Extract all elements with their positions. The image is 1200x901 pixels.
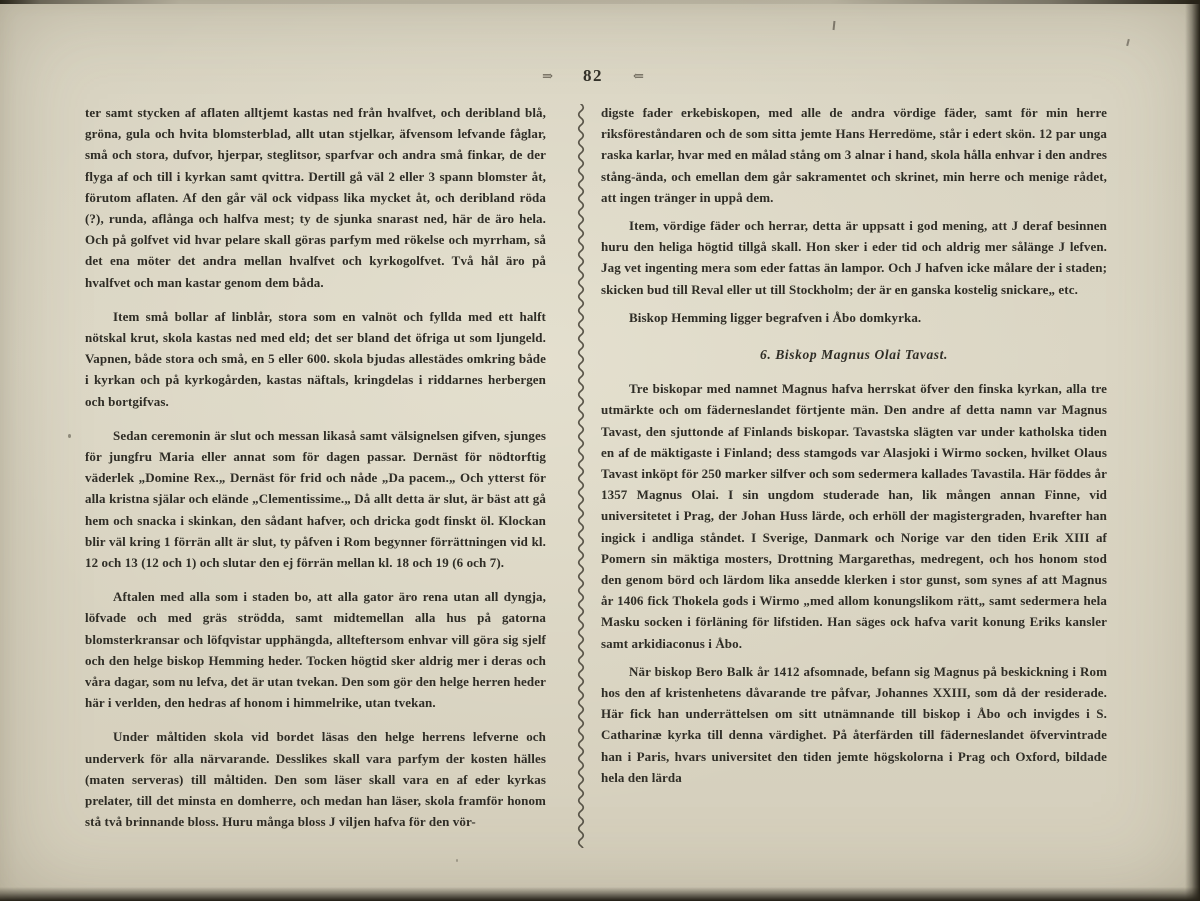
paragraph: När biskop Bero Balk år 1412 afsomnade, … [601,661,1107,788]
left-column: ter samt stycken af aflaten alltjemt kas… [85,102,546,846]
column-divider [575,104,587,848]
paragraph: Tre biskopar med namnet Magnus hafva her… [601,378,1107,654]
scan-edge-top [0,0,1200,4]
scan-speck [1126,39,1130,46]
scan-speck [68,434,71,438]
scan-edge-bottom [0,887,1200,901]
scan-speck [456,859,458,862]
paragraph: Biskop Hemming ligger begrafven i Åbo do… [601,307,1107,328]
paragraph: Item, vördige fäder och herrar, detta är… [601,215,1107,300]
paragraph: ter samt stycken af aflaten alltjemt kas… [85,102,546,293]
scan-edge-right [1185,0,1200,901]
right-column: digste fader erkebiskopen, med alle de a… [601,102,1107,795]
paragraph: digste fader erkebiskopen, med alle de a… [601,102,1107,208]
header-ornament-left-icon: ⇛ [542,69,553,83]
paragraph: Under måltiden skola vid bordet läsas de… [85,726,546,832]
paragraph: Sedan ceremonin är slut och messan likas… [85,425,546,573]
header-ornament-right-icon: ⇚ [633,69,644,83]
book-page: ⇛ 82 ⇚ ter samt stycken af aflaten alltj… [0,0,1200,901]
paragraph: Aftalen med alla som i staden bo, att al… [85,586,546,713]
paragraph: Item små bollar af linblår, stora som en… [85,306,546,412]
page-number: 82 [583,66,603,86]
scan-speck [833,21,836,30]
page-header: ⇛ 82 ⇚ [0,66,1186,86]
section-heading: 6. Biskop Magnus Olai Tavast. [601,344,1107,365]
